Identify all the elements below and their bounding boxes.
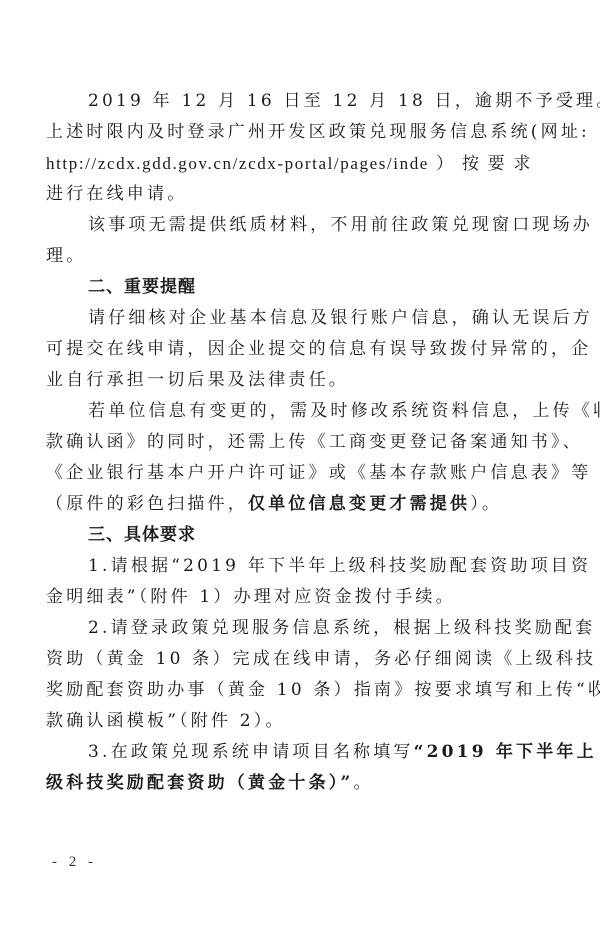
text-span: （原件的彩色扫描件， bbox=[46, 494, 248, 514]
section-heading: 二、重要提醒 bbox=[46, 272, 532, 303]
text-line: 2.请登录政策兑现服务信息系统，根据上级科技奖励配套 bbox=[46, 613, 532, 644]
bold-emphasis: 仅单位信息变更才需提供 bbox=[248, 494, 470, 514]
page-number: - 2 - bbox=[52, 854, 97, 871]
text-line: 《企业银行基本户开户许可证》或《基本存款账户信息表》等 bbox=[46, 458, 532, 489]
url-line: http://zcdx.gdd.gov.cn/zcdx-portal/pages… bbox=[46, 148, 532, 179]
text-line: 理。 bbox=[46, 241, 532, 272]
text-line: 1.请根据“2019 年下半年上级科技奖励配套资助项目资 bbox=[46, 551, 532, 582]
text-line: 上述时限内及时登录广州开发区政策兑现服务信息系统(网址: bbox=[46, 117, 532, 148]
text-line: （原件的彩色扫描件，仅单位信息变更才需提供）。 bbox=[46, 489, 532, 520]
text-line: 款确认函模板”（附件 2）。 bbox=[46, 706, 532, 737]
text-line: 可提交在线申请，因企业提交的信息有误导致拨付异常的，企 bbox=[46, 334, 532, 365]
text-line: 进行在线申请。 bbox=[46, 179, 532, 210]
text-line: 若单位信息有变更的，需及时修改系统资料信息，上传《收 bbox=[46, 396, 532, 427]
text-span: 3.在政策兑现系统申请项目名称填写 bbox=[88, 742, 414, 762]
document-page: 2019 年 12 月 16 日至 12 月 18 日，逾期不予受理。请在 上述… bbox=[46, 86, 532, 799]
bold-emphasis: 级科技奖励配套资助（黄金十条）” bbox=[46, 773, 353, 793]
text-line: 2019 年 12 月 16 日至 12 月 18 日，逾期不予受理。请在 bbox=[46, 86, 532, 117]
section-heading: 三、具体要求 bbox=[46, 520, 532, 551]
text-span: ）。 bbox=[470, 494, 502, 514]
text-line: 该事项无需提供纸质材料，不用前往政策兑现窗口现场办 bbox=[46, 210, 532, 241]
bold-emphasis: “2019 年下半年上 bbox=[414, 742, 597, 762]
text-line: 奖励配套资助办事（黄金 10 条）指南》按要求填写和上传“收 bbox=[46, 675, 532, 706]
text-span: 。 bbox=[353, 773, 373, 793]
text-line: 资助（黄金 10 条）完成在线申请，务必仔细阅读《上级科技 bbox=[46, 644, 532, 675]
text-line: 金明细表”（附件 1）办理对应资金拨付手续。 bbox=[46, 582, 532, 613]
text-line: 3.在政策兑现系统申请项目名称填写“2019 年下半年上 bbox=[46, 737, 532, 768]
text-line: 级科技奖励配套资助（黄金十条）”。 bbox=[46, 768, 532, 799]
text-line: 款确认函》的同时，还需上传《工商变更登记备案通知书》、 bbox=[46, 427, 532, 458]
text-line: 业自行承担一切后果及法律责任。 bbox=[46, 365, 532, 396]
text-line: 请仔细核对企业基本信息及银行账户信息，确认无误后方 bbox=[46, 303, 532, 334]
